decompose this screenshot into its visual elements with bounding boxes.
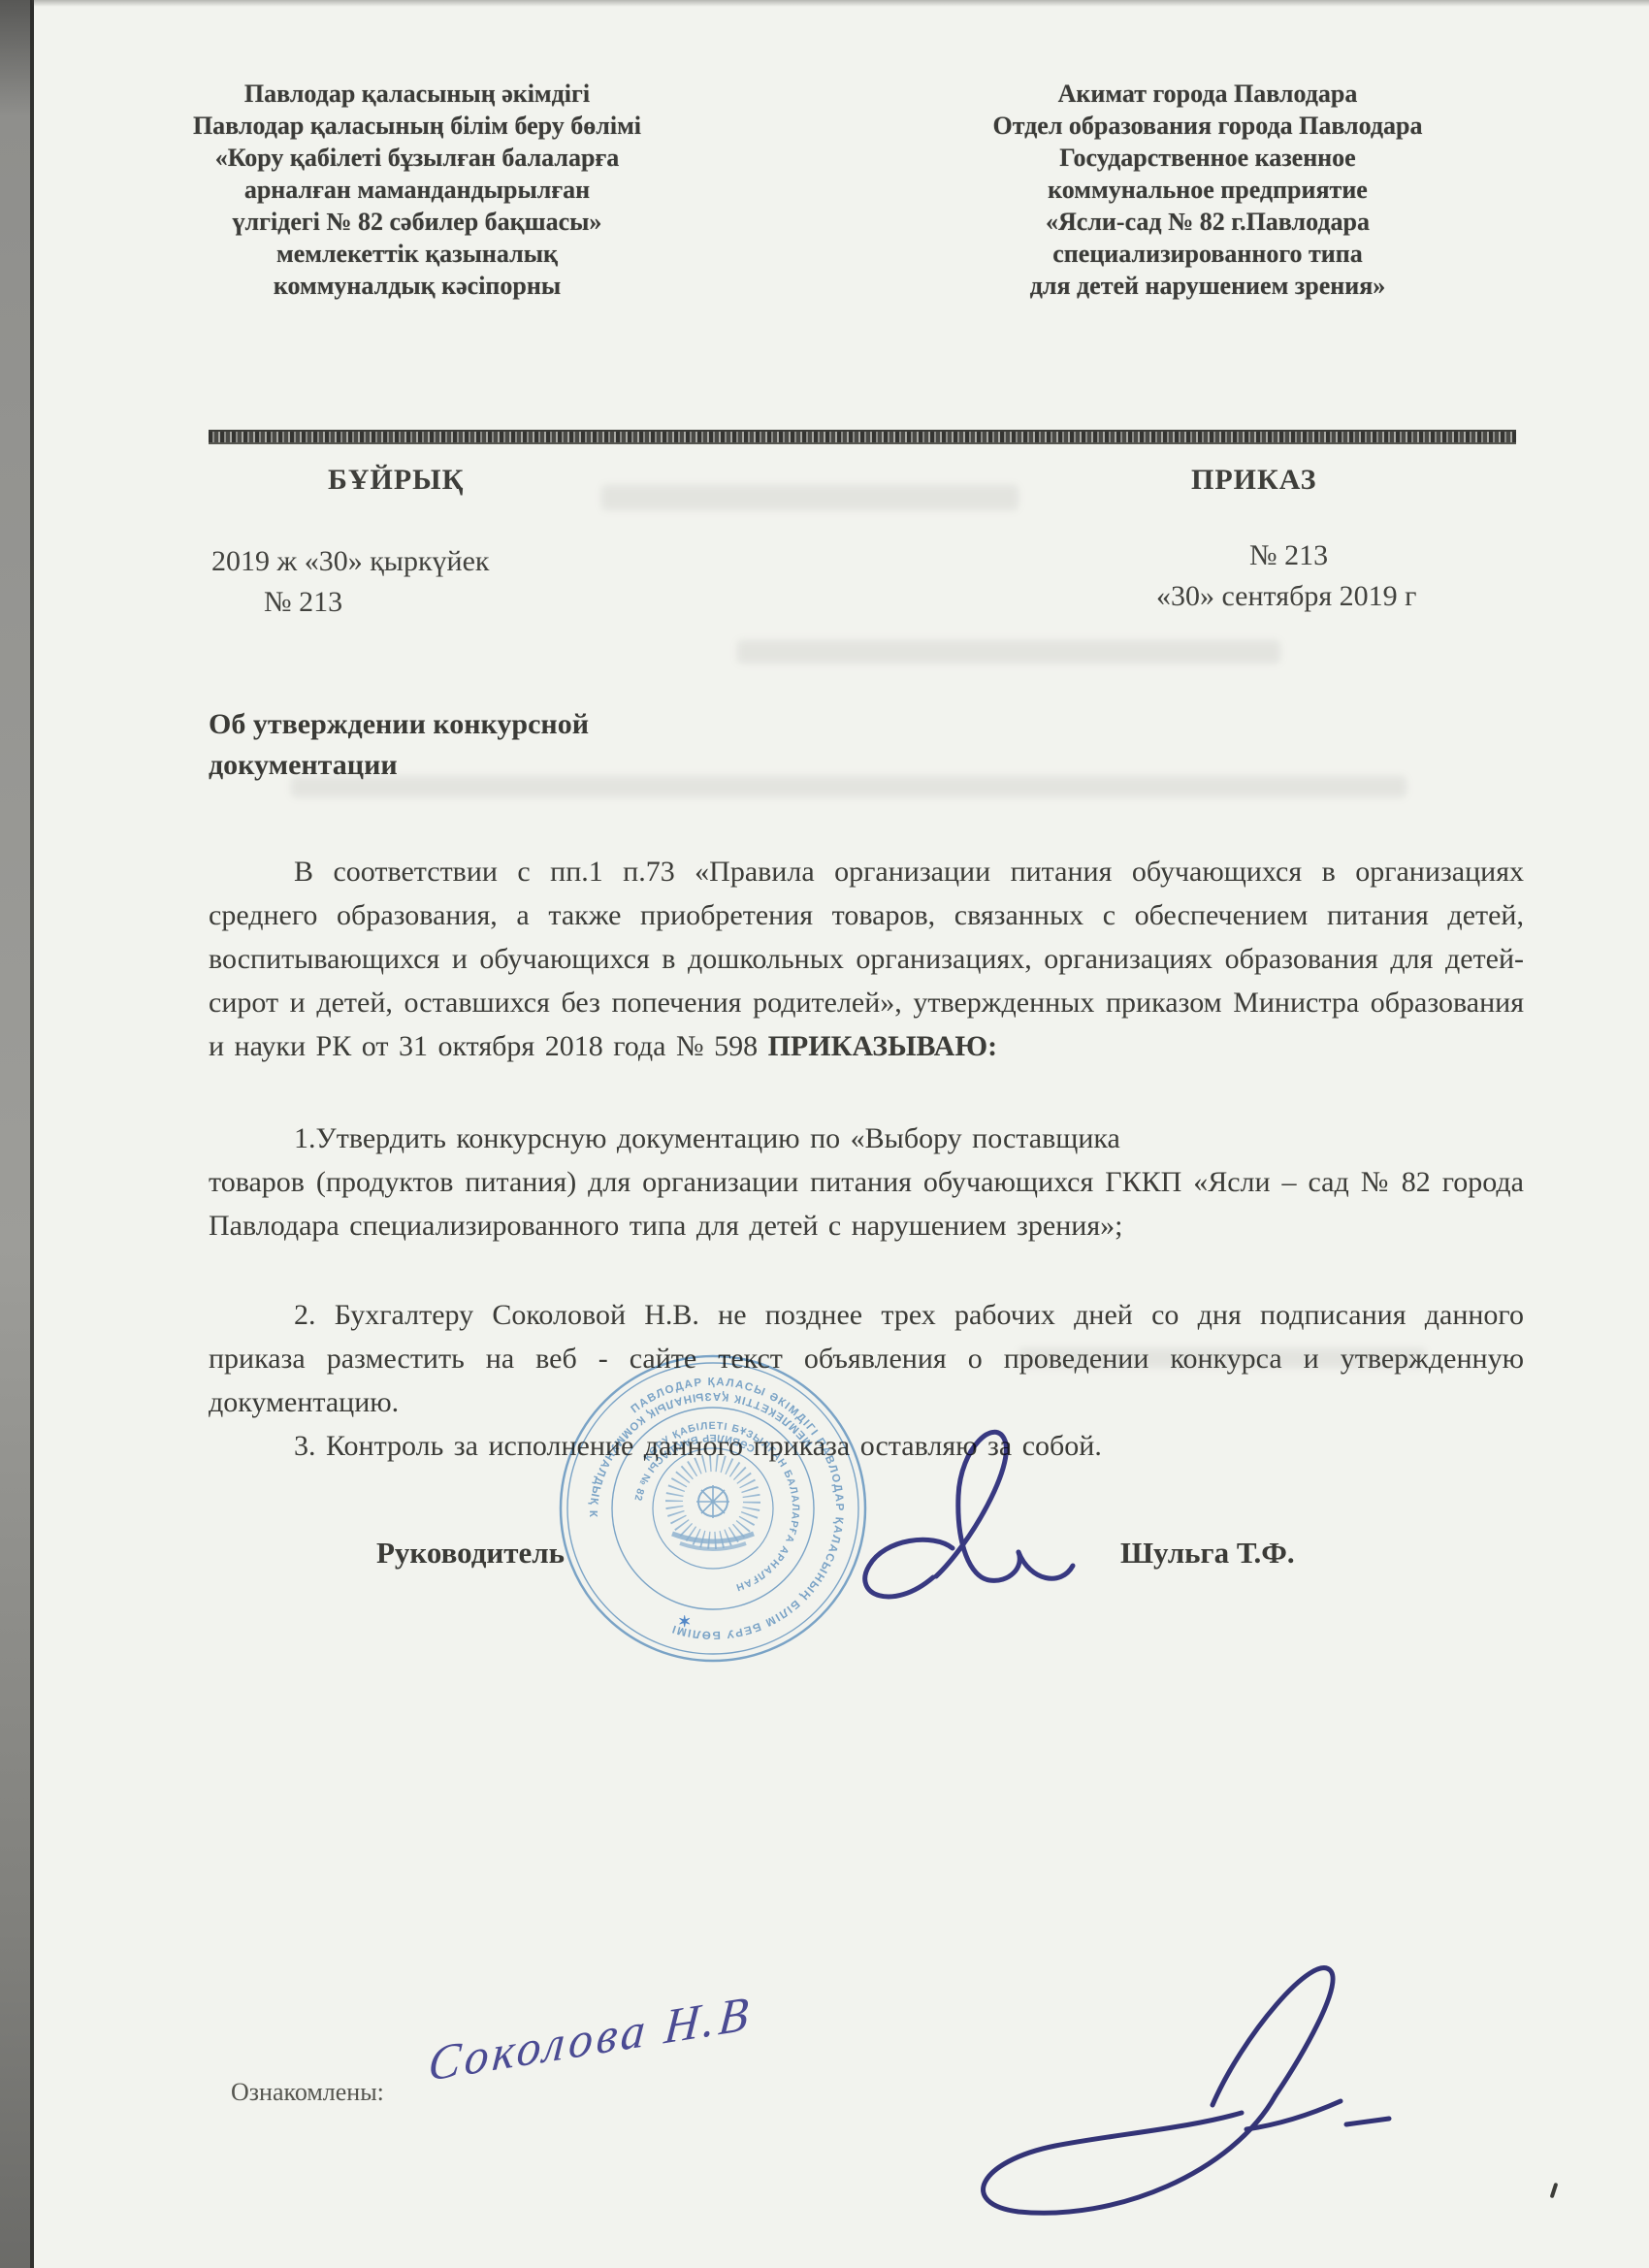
stamp-ring-text-outer-top: ПАВЛОДАР ҚАЛАСЫ ӘКІМДІГІ ПАВЛОДАР ҚАЛАСЫ… xyxy=(630,1377,845,1640)
scan-speck xyxy=(1550,2183,1559,2198)
letterhead-russian: Акимат города Павлодара Отдел образовани… xyxy=(883,78,1533,302)
acknowledged-signature-flourish xyxy=(310,1921,1426,2251)
stamp-star-icon: ✶ xyxy=(678,1614,691,1631)
bleed-through-artifact xyxy=(601,485,1018,510)
letterhead-kazakh-line: арналған мамандандырылған xyxy=(145,174,689,206)
order-subject: Об утверждении конкурсной документации xyxy=(209,704,589,786)
order-date-russian: «30» сентября 2019 г xyxy=(1156,580,1416,613)
signer-role-label: Руководитель xyxy=(376,1536,565,1571)
letterhead-russian-line: специализированного типа xyxy=(883,238,1533,270)
letterhead-russian-line: Государственное казенное xyxy=(883,142,1533,174)
order-number-russian: № 213 xyxy=(1249,539,1328,572)
order-subject-line: Об утверждении конкурсной xyxy=(209,704,589,745)
order-title-russian: ПРИКАЗ xyxy=(1191,464,1317,497)
signer-name: Шульга Т.Ф. xyxy=(1120,1536,1295,1571)
stamp-ring-text-inner-top: КӨРУ ҚАБІЛЕТІ БҰЗЫЛҒАН БАЛАЛАРҒА АРНАЛҒА… xyxy=(642,1420,801,1594)
order-date-kazakh: 2019 ж «30» қыркүйек xyxy=(211,545,489,578)
letterhead-russian-line: для детей нарушением зрения» xyxy=(883,270,1533,302)
order-subject-line: документации xyxy=(209,745,589,786)
letterhead-russian-line: коммунальное предприятие xyxy=(883,174,1533,206)
bleed-through-artifact xyxy=(737,640,1280,664)
scanner-edge-strip xyxy=(0,0,32,2268)
stamp-ring-text-inner-bottom: СӘБИЛЕР БАҚШАСЫ № 82 xyxy=(631,1432,757,1503)
letterhead-kazakh-line: Павлодар қаласының білім беру бөлімі xyxy=(145,110,689,142)
order-number-kazakh: № 213 xyxy=(264,586,342,619)
letterhead-kazakh-line: үлгідегі № 82 сәбилер бақшасы» xyxy=(145,206,689,238)
letterhead-kazakh-line: «Кору қабілеті бұзылған балаларға xyxy=(145,142,689,174)
stamp-emblem-icon xyxy=(672,1463,754,1549)
page-edge-line xyxy=(30,0,34,2268)
scanned-order-document: Павлодар қаласының әкімдігі Павлодар қал… xyxy=(0,0,1649,2268)
order-title-kazakh: БҰЙРЫҚ xyxy=(328,464,464,497)
scanner-top-shadow xyxy=(32,0,1649,7)
paragraph-item1-rest: товаров (продуктов питания) для организа… xyxy=(209,1160,1524,1247)
paragraph-item1-firstline: 1.Утвердить конкурсную документацию по «… xyxy=(209,1117,1524,1160)
letterhead-divider-rule xyxy=(209,430,1516,444)
letterhead-kazakh-line: коммуналдық кәсіпорны xyxy=(145,270,689,302)
letterhead-kazakh-line: мемлекеттік қазыналық xyxy=(145,238,689,270)
letterhead-russian-line: Акимат города Павлодара xyxy=(883,78,1533,110)
letterhead-russian-line: Отдел образования города Павлодара xyxy=(883,110,1533,142)
prikazyvayu-keyword: ПРИКАЗЫВАЮ: xyxy=(768,1030,998,1062)
paragraph-preamble: В соответствии с пп.1 п.73 «Правила орга… xyxy=(209,850,1524,1068)
director-signature xyxy=(824,1387,1115,1639)
letterhead-russian-line: «Ясли-сад № 82 г.Павлодара xyxy=(883,206,1533,238)
letterhead-kazakh: Павлодар қаласының әкімдігі Павлодар қал… xyxy=(145,78,689,302)
letterhead-kazakh-line: Павлодар қаласының әкімдігі xyxy=(145,78,689,110)
